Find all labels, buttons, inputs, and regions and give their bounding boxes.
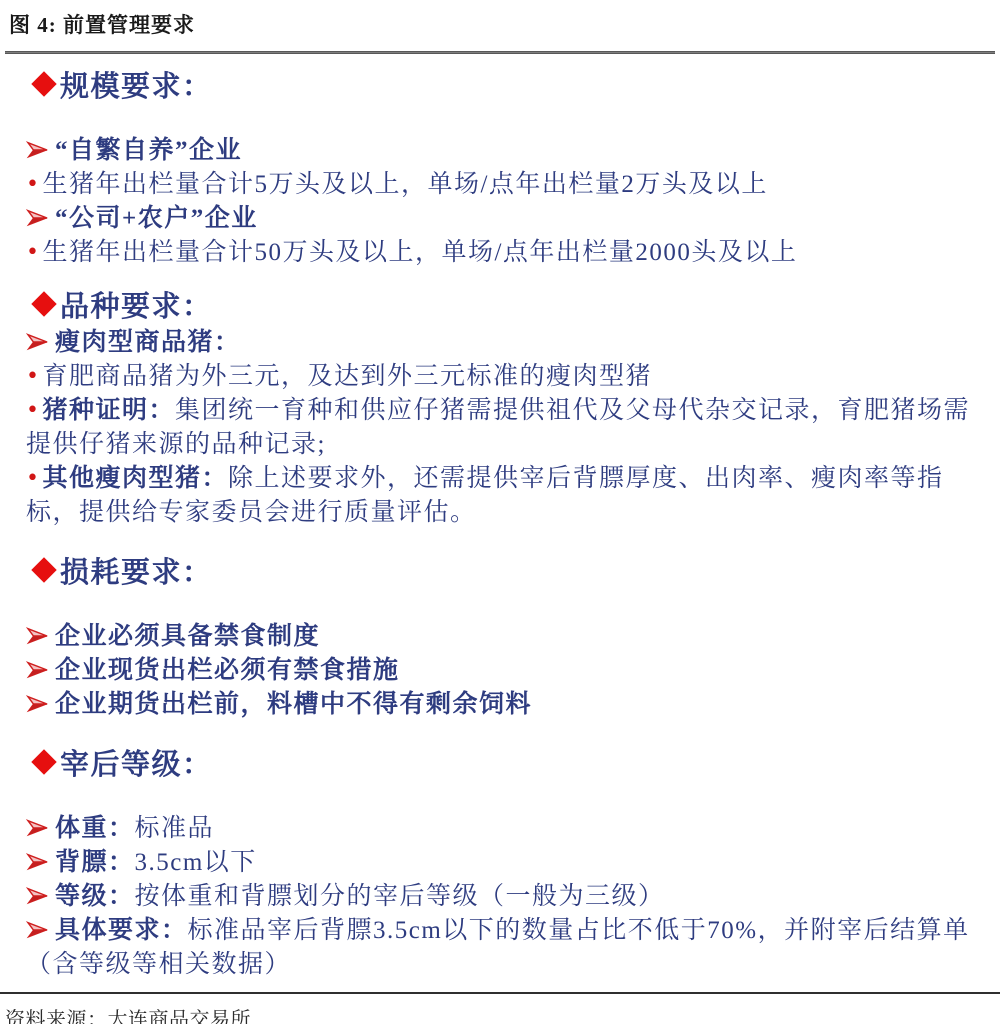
source-note: 资料来源：大连商品交易所: [0, 994, 1000, 1024]
list-item: “公司+农户”企业: [26, 202, 980, 236]
section-heading: 规模要求：: [26, 70, 980, 104]
section-items: 体重：标准品 背膘：3.5cm以下 等级：按体重和背膘划分的宰后等级（一般为三级…: [26, 812, 980, 982]
list-item: 瘦肉型商品猪：: [26, 326, 980, 360]
item-text: 育肥商品猪为外三元，及达到外三元标准的瘦肉型猪: [42, 363, 652, 390]
list-item: 背膘：3.5cm以下: [26, 846, 980, 880]
section-scale-requirements: 规模要求： “自繁自养”企业 •生猪年出栏量合计5万头及以上，单场/点年出栏量2…: [26, 70, 980, 270]
item-lead: “自繁自养”企业: [55, 137, 242, 164]
item-lead: 体重：: [55, 815, 135, 842]
diamond-icon: [32, 559, 60, 583]
section-loss-requirements: 损耗要求： 企业必须具备禁食制度 企业现货出栏必须有禁食措施 企业期货出栏前，料…: [26, 556, 980, 722]
list-item: 企业期货出栏前，料槽中不得有剩余饲料: [26, 688, 980, 722]
section-heading-label: 损耗要求：: [60, 557, 213, 589]
list-item: “自繁自养”企业: [26, 134, 980, 168]
figure-page: 图 4: 前置管理要求 规模要求： “自繁自养”企业 •生猪年出栏量合计5万头及…: [0, 0, 1000, 1024]
item-lead: 瘦肉型商品猪：: [55, 329, 241, 356]
item-text: 生猪年出栏量合计50万头及以上，单场/点年出栏量2000头及以上: [42, 239, 797, 266]
list-item: •猪种证明：集团统一育种和供应仔猪需提供祖代及父母代杂交记录，育肥猪场需提供仔猪…: [26, 394, 980, 462]
item-text: 按体重和背膘划分的宰后等级（一般为三级）: [135, 883, 665, 910]
list-item: •育肥商品猪为外三元，及达到外三元标准的瘦肉型猪: [26, 360, 980, 394]
dot-bullet-icon: •: [26, 398, 40, 423]
dot-bullet-icon: •: [26, 172, 40, 197]
arrow-bullet-icon: [26, 656, 50, 676]
section-heading-label: 宰后等级：: [60, 749, 213, 781]
section-heading-label: 品种要求：: [60, 291, 213, 323]
title-divider: [5, 51, 995, 54]
section-breed-requirements: 品种要求： 瘦肉型商品猪： •育肥商品猪为外三元，及达到外三元标准的瘦肉型猪 •…: [26, 290, 980, 530]
list-item: •生猪年出栏量合计50万头及以上，单场/点年出栏量2000头及以上: [26, 236, 980, 270]
list-item: 企业必须具备禁食制度: [26, 620, 980, 654]
list-item: 体重：标准品: [26, 812, 980, 846]
list-item: 等级：按体重和背膘划分的宰后等级（一般为三级）: [26, 880, 980, 914]
section-heading: 宰后等级：: [26, 748, 980, 782]
arrow-bullet-icon: [26, 882, 50, 902]
diamond-icon: [32, 73, 60, 97]
section-heading-label: 规模要求：: [60, 71, 213, 103]
arrow-bullet-icon: [26, 848, 50, 868]
arrow-bullet-icon: [26, 204, 50, 224]
list-item: •生猪年出栏量合计5万头及以上，单场/点年出栏量2万头及以上: [26, 168, 980, 202]
item-lead: 猪种证明：: [42, 397, 175, 424]
section-items: “自繁自养”企业 •生猪年出栏量合计5万头及以上，单场/点年出栏量2万头及以上 …: [26, 134, 980, 270]
figure-body: 规模要求： “自繁自养”企业 •生猪年出栏量合计5万头及以上，单场/点年出栏量2…: [0, 70, 1000, 982]
dot-bullet-icon: •: [26, 364, 40, 389]
item-text: 3.5cm以下: [135, 849, 257, 876]
item-lead: 企业现货出栏必须有禁食措施: [55, 657, 400, 684]
item-lead: 具体要求：: [55, 917, 188, 944]
arrow-bullet-icon: [26, 690, 50, 710]
section-items: 企业必须具备禁食制度 企业现货出栏必须有禁食措施 企业期货出栏前，料槽中不得有剩…: [26, 620, 980, 722]
dot-bullet-icon: •: [26, 466, 40, 491]
arrow-bullet-icon: [26, 622, 50, 642]
item-lead: 其他瘦肉型猪：: [42, 465, 228, 492]
item-lead: 等级：: [55, 883, 135, 910]
section-postmortem-grade: 宰后等级： 体重：标准品 背膘：3.5cm以下 等级：按体重和背膘划分的宰后等级…: [26, 748, 980, 982]
section-heading: 损耗要求：: [26, 556, 980, 590]
item-lead: 背膘：: [55, 849, 135, 876]
item-lead: “公司+农户”企业: [55, 205, 258, 232]
item-text: 生猪年出栏量合计5万头及以上，单场/点年出栏量2万头及以上: [42, 171, 767, 198]
item-lead: 企业必须具备禁食制度: [55, 623, 320, 650]
section-items: 瘦肉型商品猪： •育肥商品猪为外三元，及达到外三元标准的瘦肉型猪 •猪种证明：集…: [26, 326, 980, 530]
arrow-bullet-icon: [26, 814, 50, 834]
arrow-bullet-icon: [26, 328, 50, 348]
figure-title: 图 4: 前置管理要求: [0, 0, 1000, 39]
list-item: 具体要求：标准品宰后背膘3.5cm以下的数量占比不低于70%，并附宰后结算单（含…: [26, 914, 980, 982]
item-lead: 企业期货出栏前，料槽中不得有剩余饲料: [55, 691, 532, 718]
diamond-icon: [32, 293, 60, 317]
item-text: 标准品: [135, 815, 215, 842]
section-heading: 品种要求：: [26, 290, 980, 324]
list-item: 企业现货出栏必须有禁食措施: [26, 654, 980, 688]
arrow-bullet-icon: [26, 916, 50, 936]
list-item: •其他瘦肉型猪：除上述要求外，还需提供宰后背膘厚度、出肉率、瘦肉率等指标，提供给…: [26, 462, 980, 530]
diamond-icon: [32, 751, 60, 775]
dot-bullet-icon: •: [26, 240, 40, 265]
arrow-bullet-icon: [26, 136, 50, 156]
